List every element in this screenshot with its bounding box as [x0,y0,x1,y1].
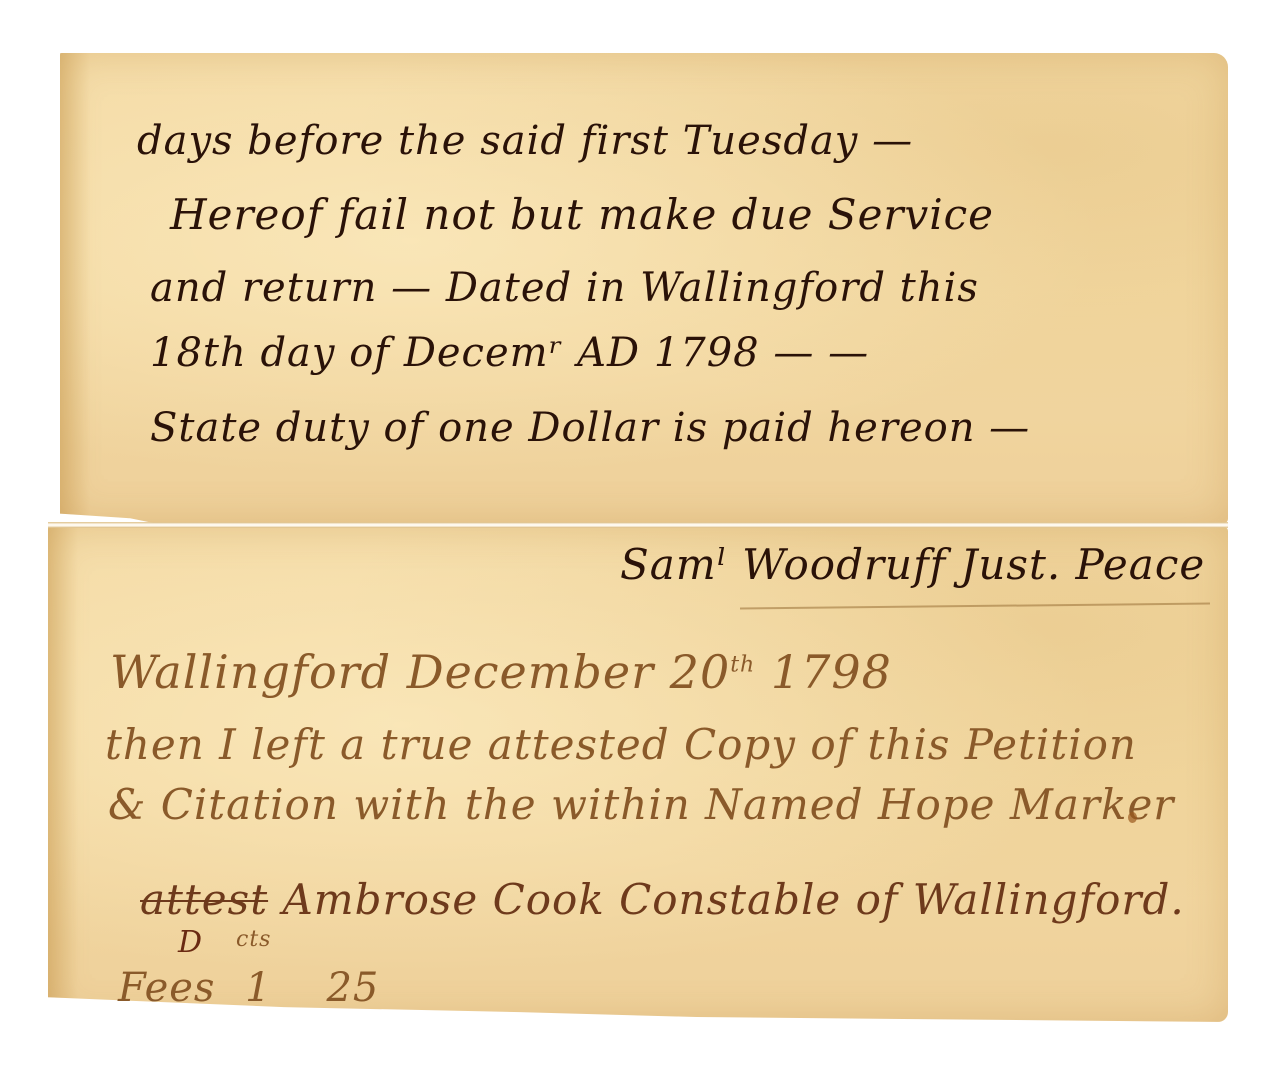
fees-label: Fees [118,965,215,1011]
fold-tear-line [48,522,1228,528]
return-place-date: Wallingford December 20th 1798 [110,645,892,699]
fees-line: Fees D cts 1 25 [118,965,379,1011]
justice-signature: Samˡ Woodruff Just. Peace [620,540,1205,589]
paper-edge-stain [48,527,78,1022]
text-line-1: days before the said first Tuesday — [137,118,913,164]
text-line-4-date: 18th day of Decemʳ AD 1798 — — [150,330,869,376]
return-place-date-text: Wallingford December 20 [110,645,730,699]
cents-mark: cts [236,927,271,952]
return-line-1: then I left a true attested Copy of this… [105,720,1137,769]
attest-word: attest [140,875,268,924]
constable-signature: Ambrose Cook Constable of Wallingford. [282,875,1184,924]
return-line-2: & Citation with the within Named Hope Ma… [108,780,1174,829]
ink-blot [1128,812,1137,823]
text-line-2: Hereof fail not but make due Service [170,190,994,239]
fees-cents: 25 [326,965,379,1011]
fees-dollars: 1 [245,965,271,1011]
constable-attestation: attest Ambrose Cook Constable of Walling… [140,875,1185,924]
return-year: 1798 [771,645,892,699]
text-line-5-duty: State duty of one Dollar is paid hereon … [150,405,1030,451]
lower-paper-fold [48,527,1228,1022]
dollar-mark: D [178,925,203,960]
paper-edge-stain [60,53,90,523]
text-line-3: and return — Dated in Wallingford this [150,265,979,311]
return-date-suffix: th [730,653,755,678]
